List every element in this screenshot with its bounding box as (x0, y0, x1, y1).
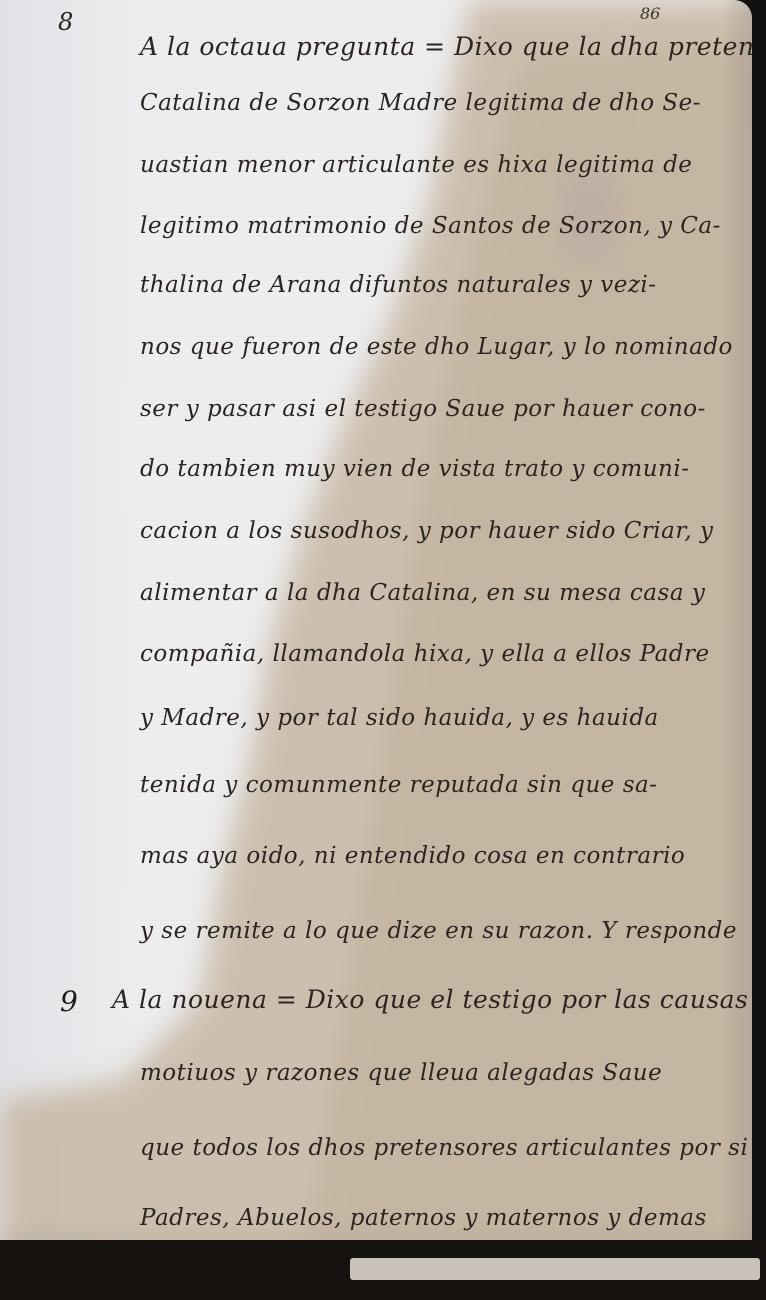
text-line-2: Catalina de Sorzon Madre legitima de dho… (140, 90, 750, 116)
text-line-8: do tambien muy vien de vista trato y com… (140, 456, 750, 482)
text-line-13: tenida y comunmente reputada sin que sa- (140, 772, 750, 798)
text-line-14: mas aya oido, ni entendido cosa en contr… (140, 843, 750, 869)
text-line-7: ser y pasar asi el testigo Saue por haue… (140, 396, 750, 422)
page-edge-right (722, 0, 752, 1280)
text-line-16: A la nouena = Dixo que el testigo por la… (112, 985, 722, 1014)
text-line-4: legitimo matrimonio de Santos de Sorzon,… (140, 213, 750, 239)
text-line-1: A la octaua pregunta = Dixo que la dha p… (140, 32, 750, 61)
text-line-15: y se remite a lo que dize en su razon. Y… (140, 918, 750, 944)
text-line-11: compañia, llamandola hixa, y ella a ello… (140, 641, 750, 667)
water-stain (0, 0, 752, 1280)
underlying-sheet (350, 1258, 760, 1280)
text-line-5: thalina de Arana difuntos naturales y ve… (140, 272, 750, 298)
text-line-9: cacion a los susodhos, y por hauer sido … (140, 518, 750, 544)
text-line-17: motiuos y razones que lleua alegadas Sau… (140, 1060, 750, 1086)
folio-number-right: 86 (640, 4, 660, 23)
text-line-12: y Madre, y por tal sido hauida, y es hau… (140, 705, 750, 731)
folio-number-left: 8 (58, 8, 73, 36)
text-line-10: alimentar a la dha Catalina, en su mesa … (140, 580, 750, 606)
text-line-19: Padres, Abuelos, paternos y maternos y d… (140, 1205, 750, 1231)
manuscript-page: 8 86 A la octaua pregunta = Dixo que la … (0, 0, 752, 1280)
text-line-3: uastian menor articulante es hixa legiti… (140, 152, 750, 178)
text-line-6: nos que fueron de este dho Lugar, y lo n… (140, 334, 750, 360)
text-line-18: que todos los dhos pretensores articulan… (140, 1135, 750, 1161)
margin-question-number: 9 (60, 985, 78, 1018)
